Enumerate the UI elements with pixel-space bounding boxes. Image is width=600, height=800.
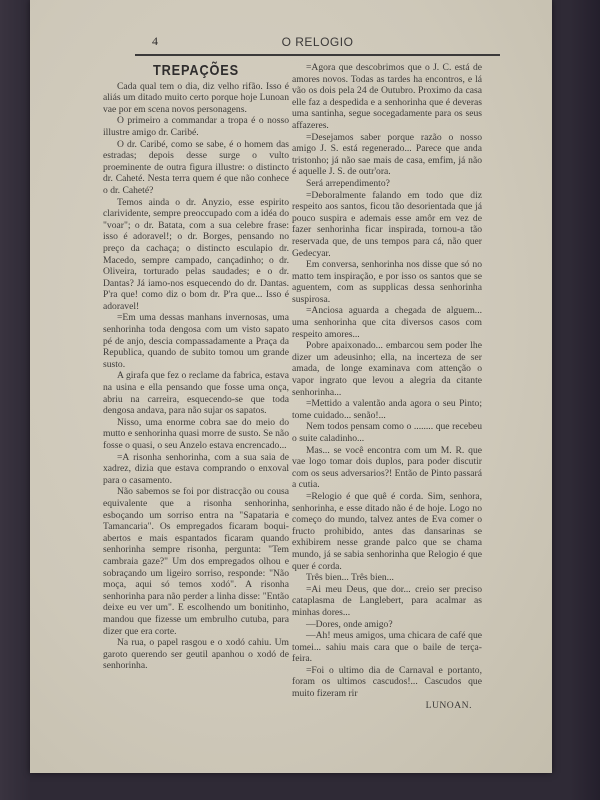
masthead: O RELOGIO (135, 35, 500, 49)
paragraph: =Ai meu Deus, que dor... creio ser preci… (292, 584, 482, 619)
paragraph: Em conversa, senhorinha nos disse que só… (292, 259, 482, 305)
paragraph: =Em uma dessas manhans invernosas, uma s… (103, 312, 289, 370)
paragraph: =A risonha senhorinha, com a sua saia de… (103, 452, 289, 487)
paragraph: Na rua, o papel rasgou e o xodó cahiu. U… (103, 637, 289, 672)
author-signature: LUNOAN. (292, 700, 472, 712)
paragraph: Nisso, uma enorme cobra sae do meio do m… (103, 417, 289, 452)
paragraph: Pobre apaixonado... embarcou sem poder l… (292, 340, 482, 398)
paragraph: Será arrependimento? (292, 178, 482, 190)
paragraph: —Ah! meus amigos, uma chicara de café qu… (292, 630, 482, 665)
paragraph: =Foi o ultimo dia de Carnaval e portanto… (292, 665, 482, 700)
paragraph: =Desejamos saber porque razão o nosso am… (292, 132, 482, 178)
paragraph: A girafa que fez o reclame da fabrica, e… (103, 370, 289, 416)
paragraph: =Relogio é que quê é corda. Sim, senhora… (292, 491, 482, 572)
paragraph: Não sabemos se foi por distracção ou cou… (103, 486, 289, 637)
article-left-column: TREPAÇÕES Cada qual tem o dia, diz velho… (103, 62, 289, 672)
paragraph: Mas... se você encontra com um M. R. que… (292, 445, 482, 491)
paragraph: Nem todos pensam como o ........ que rec… (292, 421, 482, 444)
paragraph: Cada qual tem o dia, diz velho rifão. Is… (103, 81, 289, 116)
paragraph: O primeiro a commandar a tropa é o nosso… (103, 115, 289, 138)
paragraph: =Anciosa aguarda a chegada de alguem... … (292, 305, 482, 340)
paragraph: =Agora que descobrimos que o J. C. está … (292, 62, 482, 132)
article-right-column: =Agora que descobrimos que o J. C. está … (292, 62, 482, 711)
paragraph: —Dores, onde amigo? (292, 619, 482, 631)
page-header: 4 O RELOGIO (135, 30, 500, 56)
paragraph: O dr. Caribé, como se sabe, é o homem da… (103, 139, 289, 197)
paragraph: =Mettido a valentão anda agora o seu Pin… (292, 398, 482, 421)
paragraph: Temos ainda o dr. Anyzio, esse espirito … (103, 197, 289, 313)
article-title: TREPAÇÕES (117, 65, 275, 77)
paragraph: Três bien... Três bien... (292, 572, 482, 584)
paragraph: =Deboralmente falando em todo que diz re… (292, 190, 482, 260)
